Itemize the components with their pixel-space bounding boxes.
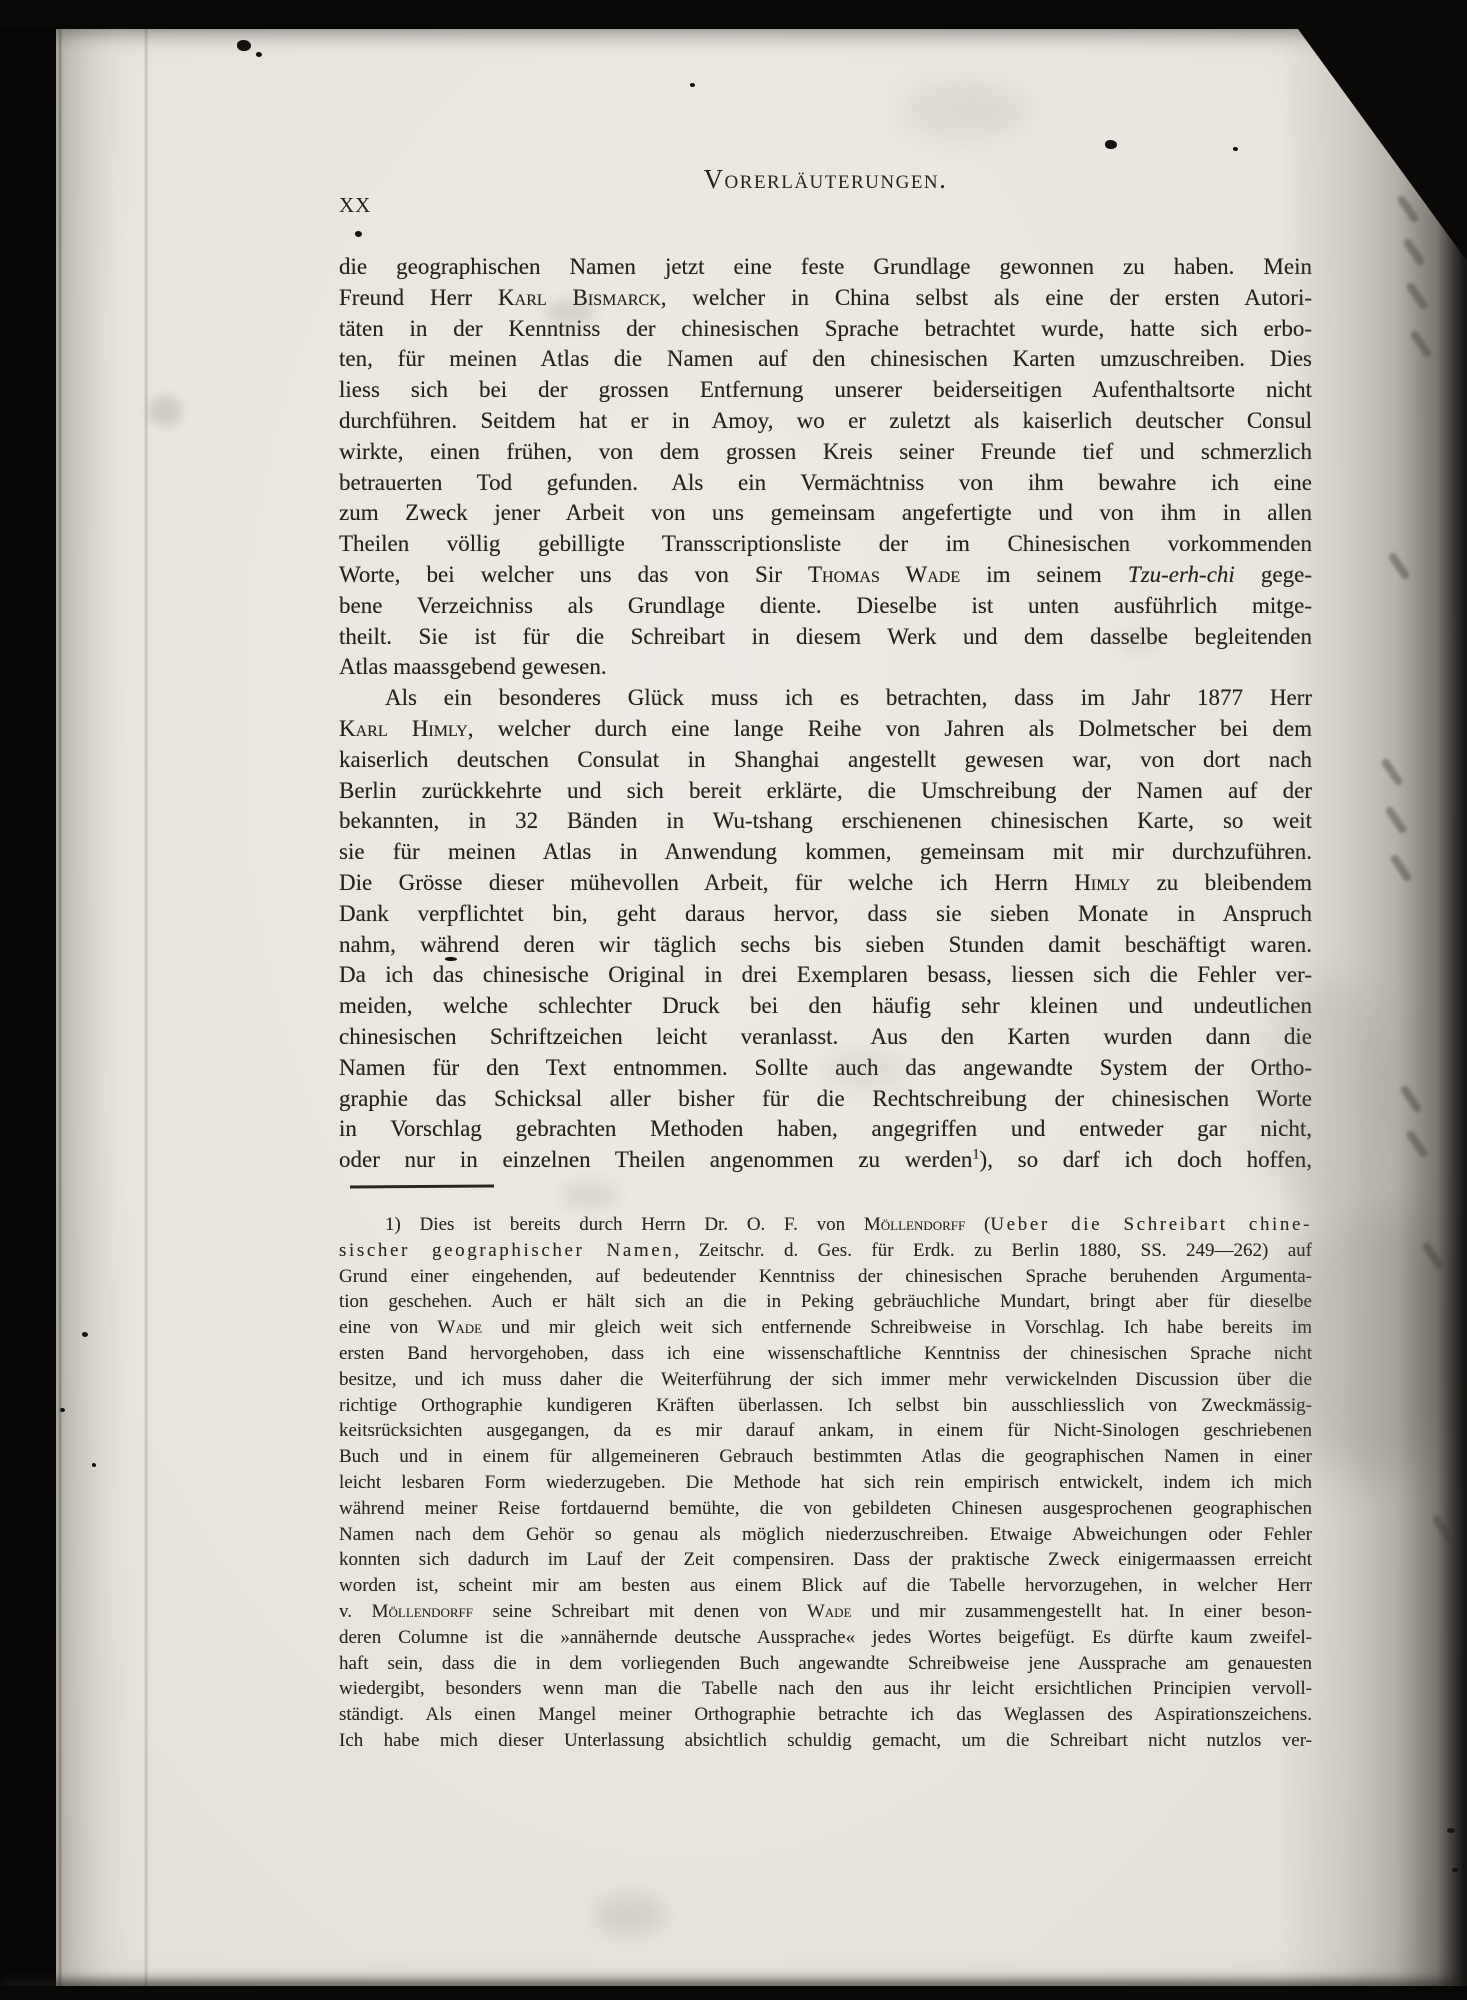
text-line: bekannten, in 32 Bänden in Wu-tshang ers… [339,806,1312,837]
scan-bottom-edge [0,1986,1467,2000]
ink-speck [1233,147,1238,151]
text-line: wirkte, einen frühen, von dem grossen Kr… [339,437,1312,468]
text-line: Berlin zurückkehrte und sich bereit erkl… [339,776,1312,807]
text-line: Karl Himly, welcher durch eine lange Rei… [339,714,1312,745]
ink-speck [690,83,695,87]
scan-top-edge [0,0,1467,29]
text-line: Buch und in einem für allgemeineren Gebr… [339,1444,1312,1470]
page-heading: Vorerläuterungen. [339,164,1312,195]
ink-speck [237,40,251,51]
text-line: Namen für den Text entnommen. Sollte auc… [339,1053,1312,1084]
text-line: oder nur in einzelnen Theilen angenommen… [339,1145,1312,1176]
text-line: graphie das Schicksal aller bisher für d… [339,1084,1312,1115]
text-line: deren Columne ist die »annähernde deutsc… [339,1625,1312,1651]
paper-stain [900,80,1030,140]
text-line: konnten sich dadurch im Lauf der Zeit co… [339,1547,1312,1573]
ink-speck [1447,1828,1455,1833]
page-margin-crease [144,29,149,1986]
ink-speck [1105,140,1117,149]
ink-speck [355,231,362,237]
ink-speck [82,1332,88,1337]
text-line: Die Grösse dieser mühevollen Arbeit, für… [339,868,1312,899]
text-line: in Vorschlag gebrachten Methoden haben, … [339,1114,1312,1145]
text-line: ersten Band hervorgehoben, dass ich eine… [339,1341,1312,1367]
text-line: Theilen völlig gebilligte Transscription… [339,529,1312,560]
text-line: Da ich das chinesische Original in drei … [339,960,1312,991]
text-line: richtige Orthographie kundigeren Kräften… [339,1393,1312,1419]
text-line: tion geschehen. Auch er hält sich an die… [339,1289,1312,1315]
text-line: täten in der Kenntniss der chinesischen … [339,314,1312,345]
text-line: zum Zweck jener Arbeit von uns gemeinsam… [339,498,1312,529]
text-line: 1) Dies ist bereits durch Herrn Dr. O. F… [339,1212,1312,1238]
text-line: chinesischen Schriftzeichen leicht veran… [339,1022,1312,1053]
text-line: während meiner Reise fortdauernd bemühte… [339,1496,1312,1522]
text-line: kaiserlich deutschen Consulat in Shangha… [339,745,1312,776]
text-line: die geographischen Namen jetzt eine fest… [339,252,1312,283]
text-line: Namen nach dem Gehör so genau als möglic… [339,1522,1312,1548]
text-line: nahm, während deren wir täglich sechs bi… [339,930,1312,961]
text-line: wiedergibt, besonders wenn man die Tabel… [339,1676,1312,1702]
paper-stain [560,1180,620,1210]
text-line: meiden, welche schlechter Druck bei den … [339,991,1312,1022]
text-line: Dank verpflichtet bin, geht daraus hervo… [339,899,1312,930]
text-line: haft sein, dass die in dem vorliegenden … [339,1651,1312,1677]
text-line: ten, für meinen Atlas die Namen auf den … [339,344,1312,375]
text-line: sie für meinen Atlas in Anwendung kommen… [339,837,1312,868]
footnote-separator [350,1184,494,1188]
book-page-scan: XX Vorerläuterungen. die geographischen … [0,0,1467,2000]
paper-stain [595,1895,665,1935]
footnote-text: 1) Dies ist bereits durch Herrn Dr. O. F… [339,1212,1312,1754]
text-line: Freund Herr Karl Bismarck, welcher in Ch… [339,283,1312,314]
text-line: liess sich bei der grossen Entfernung un… [339,375,1312,406]
text-line: Ich habe mich dieser Unterlassung absich… [339,1728,1312,1754]
text-line: keitsrücksichten ausgegangen, da es mir … [339,1418,1312,1444]
ink-speck [1452,1868,1458,1872]
text-line: leicht lesbaren Form wiederzugeben. Die … [339,1470,1312,1496]
text-line: sischer geographischer Namen, Zeitschr. … [339,1238,1312,1264]
page-crease-line [58,29,63,1986]
text-line: besitze, und ich muss daher die Weiterfü… [339,1367,1312,1393]
body-text: die geographischen Namen jetzt eine fest… [339,252,1312,1176]
text-line: Als ein besonderes Glück muss ich es bet… [339,683,1312,714]
text-line: Atlas maassgebend gewesen. [339,652,1312,683]
text-line: ständigt. Als einen Mangel meiner Orthog… [339,1702,1312,1728]
ink-speck [256,52,262,57]
paper-stain [148,396,182,426]
text-line: bene Verzeichniss als Grundlage diente. … [339,591,1312,622]
text-line: v. Möllendorff seine Schreibart mit dene… [339,1599,1312,1625]
text-line: durchführen. Seitdem hat er in Amoy, wo … [339,406,1312,437]
text-line: Grund einer eingehenden, auf bedeutender… [339,1264,1312,1290]
text-line: theilt. Sie ist für die Schreibart in di… [339,622,1312,653]
page-number: XX [339,193,371,218]
text-line: worden ist, scheint mir am besten aus ei… [339,1573,1312,1599]
page-paper: XX Vorerläuterungen. die geographischen … [56,29,1467,1986]
text-line: betrauerten Tod gefunden. Als ein Vermäc… [339,468,1312,499]
ink-speck [92,1463,96,1467]
text-line: eine von Wade und mir gleich weit sich e… [339,1315,1312,1341]
text-line: Worte, bei welcher uns das von Sir Thoma… [339,560,1312,591]
